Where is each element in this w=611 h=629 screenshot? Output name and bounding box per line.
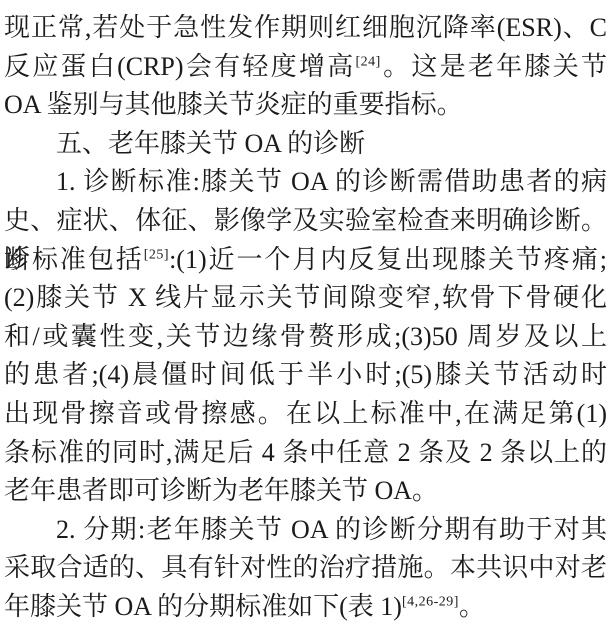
text-segment: 。这是老年膝关节: [381, 52, 607, 81]
text-line: 老年患者即可诊断为老年膝关节 OA。: [4, 472, 607, 511]
text-line: 断标准包括[25]:(1)近一个月内反复出现膝关节疼痛;: [4, 241, 607, 280]
text-line: OA 鉴别与其他膝关节炎症的重要指标。: [4, 86, 607, 125]
text-column: 现正常,若处于急性发作期则红细胞沉降率(ESR)、C反应蛋白(CRP)会有轻度增…: [4, 9, 607, 627]
text-segment: 反应蛋白(CRP)会有轻度增高: [4, 52, 355, 81]
text-line: 条标准的同时,满足后 4 条中任意 2 条及 2 条以上的: [4, 434, 607, 473]
citation-superscript: [25]: [144, 247, 169, 262]
text-line: 反应蛋白(CRP)会有轻度增高[24]。这是老年膝关节: [4, 48, 607, 87]
text-segment: 采取合适的、具有针对性的治疗措施。本共识中对老: [4, 553, 607, 582]
citation-superscript: [24]: [355, 54, 380, 69]
text-line: 现正常,若处于急性发作期则红细胞沉降率(ESR)、C: [4, 9, 607, 48]
text-line: 采取合适的、具有针对性的治疗措施。本共识中对老: [4, 549, 607, 588]
text-line: 1. 诊断标准:膝关节 OA 的诊断需借助患者的病: [4, 163, 607, 202]
text-segment: 和/或囊性变,关节边缘骨赘形成;(3)50 周岁及以上: [4, 322, 607, 351]
text-segment: 2. 分期:老年膝关节 OA 的诊断分期有助于对其: [56, 515, 607, 544]
text-line: 和/或囊性变,关节边缘骨赘形成;(3)50 周岁及以上: [4, 318, 607, 357]
text-line: 的患者;(4)晨僵时间低于半小时;(5)膝关节活动时: [4, 356, 607, 395]
text-segment: 1. 诊断标准:膝关节 OA 的诊断需借助患者的病: [56, 167, 607, 196]
text-segment: 五、老年膝关节 OA 的诊断: [56, 129, 365, 158]
text-line: 五、老年膝关节 OA 的诊断: [4, 125, 607, 164]
text-segment: 条标准的同时,满足后 4 条中任意 2 条及 2 条以上的: [4, 438, 607, 467]
text-segment: 出现骨擦音或骨擦感。在以上标准中,在满足第(1): [4, 399, 607, 428]
text-segment: :(1)近一个月内反复出现膝关节疼痛;: [169, 245, 607, 274]
text-segment: 老年患者即可诊断为老年膝关节 OA。: [4, 476, 438, 505]
text-segment: 现正常,若处于急性发作期则红细胞沉降率(ESR)、C: [4, 13, 607, 42]
text-segment: 的患者;(4)晨僵时间低于半小时;(5)膝关节活动时: [4, 360, 607, 389]
citation-superscript: [4,26-29]: [402, 594, 459, 609]
text-segment: 。: [459, 592, 485, 621]
text-line: 出现骨擦音或骨擦感。在以上标准中,在满足第(1): [4, 395, 607, 434]
text-segment: OA 鉴别与其他膝关节炎症的重要指标。: [4, 90, 463, 119]
text-line: 2. 分期:老年膝关节 OA 的诊断分期有助于对其: [4, 511, 607, 550]
text-segment: 断标准包括: [4, 245, 144, 274]
text-line: 史、症状、体征、影像学及实验室检查来明确诊断。诊: [4, 202, 607, 241]
text-segment: (2)膝关节 X 线片显示关节间隙变窄,软骨下骨硬化: [4, 283, 607, 312]
text-segment: 年膝关节 OA 的分期标准如下(表 1): [4, 592, 402, 621]
text-line: (2)膝关节 X 线片显示关节间隙变窄,软骨下骨硬化: [4, 279, 607, 318]
text-line: 年膝关节 OA 的分期标准如下(表 1)[4,26-29]。: [4, 588, 607, 627]
paper-page: 现正常,若处于急性发作期则红细胞沉降率(ESR)、C反应蛋白(CRP)会有轻度增…: [0, 0, 611, 629]
